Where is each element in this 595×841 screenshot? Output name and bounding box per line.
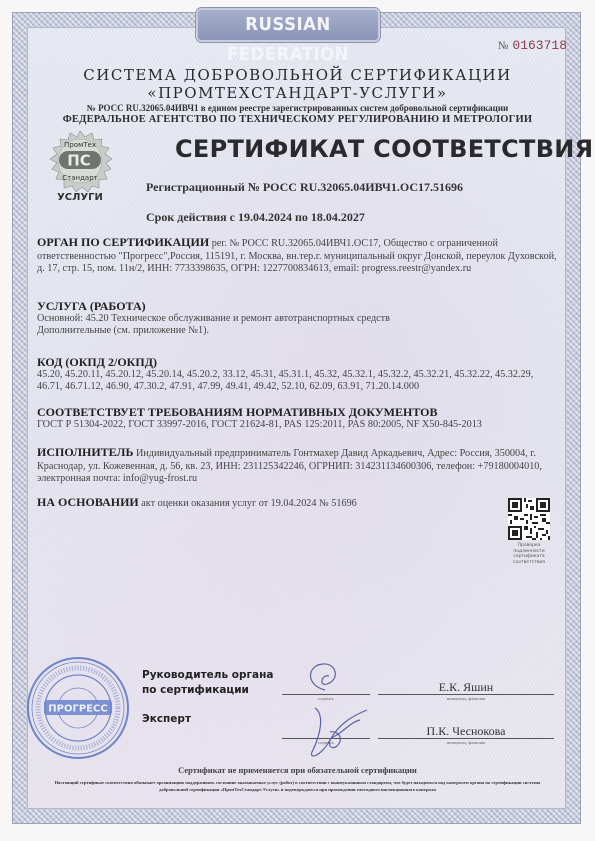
system-title: СИСТЕМА ДОБРОВОЛЬНОЙ СЕРТИФИКАЦИИ «ПРОМТ… [0, 66, 595, 102]
svg-text:ПС: ПС [67, 152, 91, 170]
executor-section: ИСПОЛНИТЕЛЬ Индивидуальный предпринимате… [37, 446, 557, 486]
head-label-line: по сертификации [142, 683, 273, 698]
validity-period: Срок действия с 19.04.2024 по 18.04.2027 [146, 210, 365, 225]
system-title-line1: СИСТЕМА ДОБРОВОЛЬНОЙ СЕРТИФИКАЦИИ [0, 66, 595, 84]
svg-text:ПромТех: ПромТех [64, 141, 96, 149]
certification-body-section: ОРГАН ПО СЕРТИФИКАЦИИ рег. № РОСС RU.320… [37, 236, 557, 276]
expert-label: Эксперт [142, 712, 191, 727]
service-main: Основной: 45.20 Техническое обслуживание… [37, 313, 557, 326]
qr-code-icon[interactable] [508, 498, 550, 540]
certificate-title: СЕРТИФИКАТ СООТВЕТСТВИЯ [175, 135, 593, 163]
handwritten-signature-icon [285, 660, 375, 765]
basis-section: НА ОСНОВАНИИ акт оценки оказания услуг о… [37, 496, 557, 511]
codes-values: 45.20, 45.20.11, 45.20.12, 45.20.14, 45.… [37, 369, 557, 394]
name-caption: инициалы, фамилия [378, 696, 554, 701]
svg-text:ПРОГРЕСС: ПРОГРЕСС [48, 704, 107, 715]
normative-documents-section: СООТВЕТСТВУЕТ ТРЕБОВАНИЯМ НОРМАТИВНЫХ ДО… [37, 406, 557, 431]
footer-fine-print: Настоящий сертификат соответствия обязыв… [42, 780, 553, 793]
system-title-line2: «ПРОМТЕХСТАНДАРТ-УСЛУГИ» [0, 84, 595, 102]
name-caption: инициалы, фамилия [378, 740, 554, 745]
serial-value: 0163718 [512, 38, 567, 53]
logo-caption: УСЛУГИ [40, 192, 120, 203]
qr-caption: Проверка подлинности сертификата соответ… [498, 543, 560, 565]
head-name: Е.К. Яшин [378, 680, 554, 695]
expert-name: П.К. Чеснокова [378, 724, 554, 739]
section-heading: УСЛУГА (РАБОТА) [37, 300, 557, 313]
registration-number: Регистрационный № РОСС RU.32065.04ИВЧ1.О… [146, 180, 463, 195]
service-additional: Дополнительные (см. приложение №1). [37, 325, 557, 338]
promtekh-logo-icon: ПромТех ПС Стандарт [44, 130, 116, 192]
serial-prefix: № [498, 40, 509, 52]
head-label-line: Руководитель органа [142, 668, 273, 683]
section-heading: ИСПОЛНИТЕЛЬ [37, 445, 133, 459]
country-banner: RUSSIAN FEDERATION [196, 8, 380, 42]
section-heading: ОРГАН ПО СЕРТИФИКАЦИИ [37, 235, 209, 249]
agency-name: ФЕДЕРАЛЬНОЕ АГЕНТСТВО ПО ТЕХНИЧЕСКОМУ РЕ… [0, 114, 595, 125]
serial-number: №0163718 [498, 38, 567, 53]
qr-caption-line: соответствия [498, 560, 560, 566]
registry-line: № РОСС RU.32065.04ИВЧ1 в едином реестре … [0, 103, 595, 113]
service-section: УСЛУГА (РАБОТА) Основной: 45.20 Техничес… [37, 300, 557, 338]
section-heading: НА ОСНОВАНИИ [37, 495, 139, 509]
footer-note: Сертификат не применяется при обязательн… [0, 765, 595, 775]
codes-section: КОД (ОКПД 2/ОКПД) 45.20, 45.20.11, 45.20… [37, 356, 557, 394]
section-text: акт оценки оказания услуг от 19.04.2024 … [139, 498, 357, 509]
section-heading: СООТВЕТСТВУЕТ ТРЕБОВАНИЯМ НОРМАТИВНЫХ ДО… [37, 406, 557, 419]
section-heading: КОД (ОКПД 2/ОКПД) [37, 356, 557, 369]
organization-stamp-icon: ПРОГРЕСС [24, 648, 132, 768]
head-label: Руководитель органа по сертификации [142, 668, 273, 698]
documents-values: ГОСТ Р 51304-2022, ГОСТ 33997-2016, ГОСТ… [37, 419, 557, 432]
svg-text:Стандарт: Стандарт [62, 174, 97, 182]
